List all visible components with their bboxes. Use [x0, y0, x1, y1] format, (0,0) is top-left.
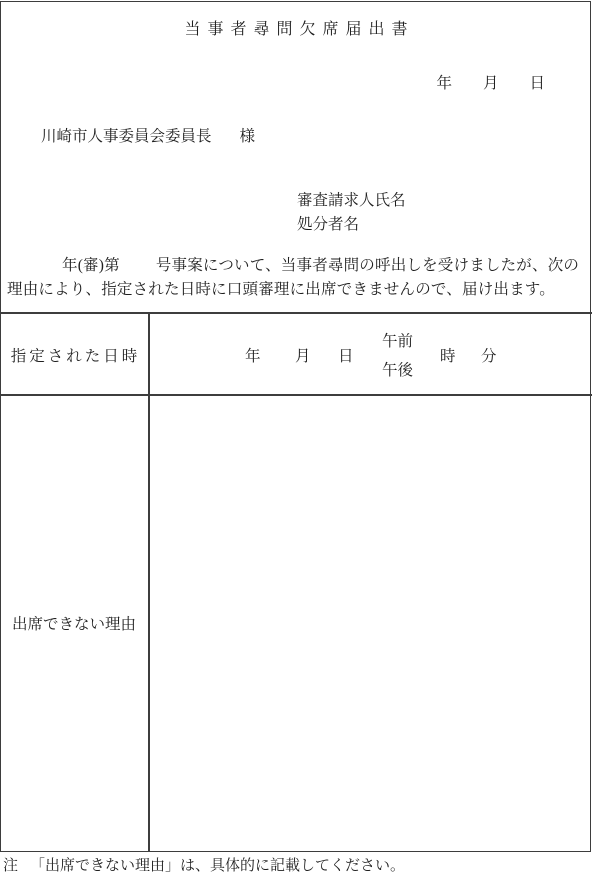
date-line: 年 月 日: [436, 71, 545, 93]
date-day-label: 日: [529, 71, 545, 93]
disposer-name-label: 処分者名: [297, 213, 406, 237]
datetime-hour-label: 時: [440, 344, 456, 366]
addressee-line: 川崎市人事委員会委員長様: [41, 124, 255, 146]
datetime-year-label: 年: [245, 344, 261, 366]
datetime-day-label: 日: [338, 344, 354, 366]
case-number-suffix: 号事案について、当事者尋問の呼出しを受けましたが、次の: [156, 257, 579, 274]
datetime-pm-label: 午後: [382, 358, 413, 380]
date-month-label: 月: [483, 71, 499, 93]
datetime-minute-label: 分: [481, 344, 497, 366]
footnote-marker: 注: [3, 854, 18, 873]
body-line-2-text: 理由により、指定された日時に口頭審理に出席できませんので、届け出ます。: [7, 281, 555, 298]
footnote-text: 「出席できない理由」は、具体的に記載してください。: [30, 854, 405, 873]
case-number-prefix: 年(審)第: [62, 257, 120, 274]
footnote: 注 「出席できない理由」は、具体的に記載してください。: [3, 854, 405, 873]
date-year-label: 年: [436, 71, 452, 93]
document-title: 当事者尋問欠席届出書: [0, 16, 592, 39]
absence-reason-label: 出席できない理由: [12, 612, 136, 634]
designated-datetime-cell: 年 月 日 午前 午後 時 分: [149, 312, 592, 395]
datetime-am-label: 午前: [382, 329, 413, 351]
claimant-name-label: 審査請求人氏名: [297, 189, 406, 213]
body-line-1: 年(審)第号事案について、当事者尋問の呼出しを受けましたが、次の: [7, 254, 589, 278]
datetime-month-label: 月: [295, 344, 311, 366]
body-paragraph: 年(審)第号事案について、当事者尋問の呼出しを受けましたが、次の 理由により、指…: [7, 254, 589, 301]
addressee-honorific: 様: [240, 128, 256, 145]
body-line-2: 理由により、指定された日時に口頭審理に出席できませんので、届け出ます。: [7, 278, 589, 302]
addressee-name: 川崎市人事委員会委員長: [41, 128, 212, 145]
designated-datetime-label: 指定された日時: [0, 344, 148, 366]
signature-block: 審査請求人氏名 処分者名: [297, 189, 406, 236]
